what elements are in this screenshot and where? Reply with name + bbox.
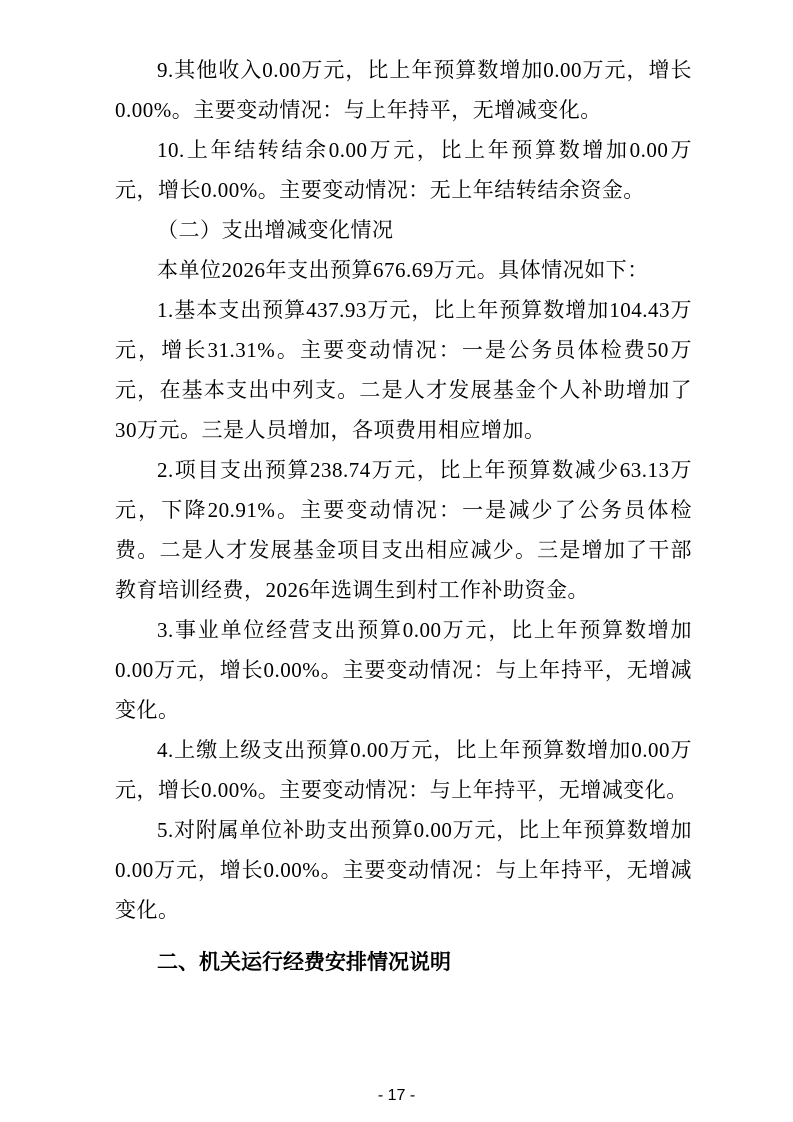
paragraph-operating-expenditure: 3.事业单位经营支出预算0.00万元，比上年预算数增加0.00万元，增长0.00… (115, 610, 692, 730)
section-heading-operating-funds: 二、机关运行经费安排情况说明 (115, 943, 692, 983)
document-page: 9.其他收入0.00万元，比上年预算数增加0.00万元，增长0.00%。主要变动… (0, 0, 793, 1122)
subsection-title-expenditure-changes: （二）支出增减变化情况 (115, 210, 692, 250)
paragraph-carryover-balance: 10.上年结转结余0.00万元，比上年预算数增加0.00万元，增长0.00%。主… (115, 130, 692, 210)
paragraph-total-expenditure: 本单位2026年支出预算676.69万元。具体情况如下： (115, 250, 692, 290)
paragraph-project-expenditure: 2.项目支出预算238.74万元，比上年预算数减少63.13万元，下降20.91… (115, 450, 692, 610)
paragraph-other-income: 9.其他收入0.00万元，比上年预算数增加0.00万元，增长0.00%。主要变动… (115, 50, 692, 130)
paragraph-upper-level-expenditure: 4.上缴上级支出预算0.00万元，比上年预算数增加0.00万元，增长0.00%。… (115, 730, 692, 810)
page-number: - 17 - (0, 1086, 793, 1106)
paragraph-basic-expenditure: 1.基本支出预算437.93万元，比上年预算数增加104.43万元，增长31.3… (115, 290, 692, 450)
document-body: 9.其他收入0.00万元，比上年预算数增加0.00万元，增长0.00%。主要变动… (115, 50, 692, 983)
paragraph-subsidy-expenditure: 5.对附属单位补助支出预算0.00万元，比上年预算数增加0.00万元，增长0.0… (115, 810, 692, 930)
